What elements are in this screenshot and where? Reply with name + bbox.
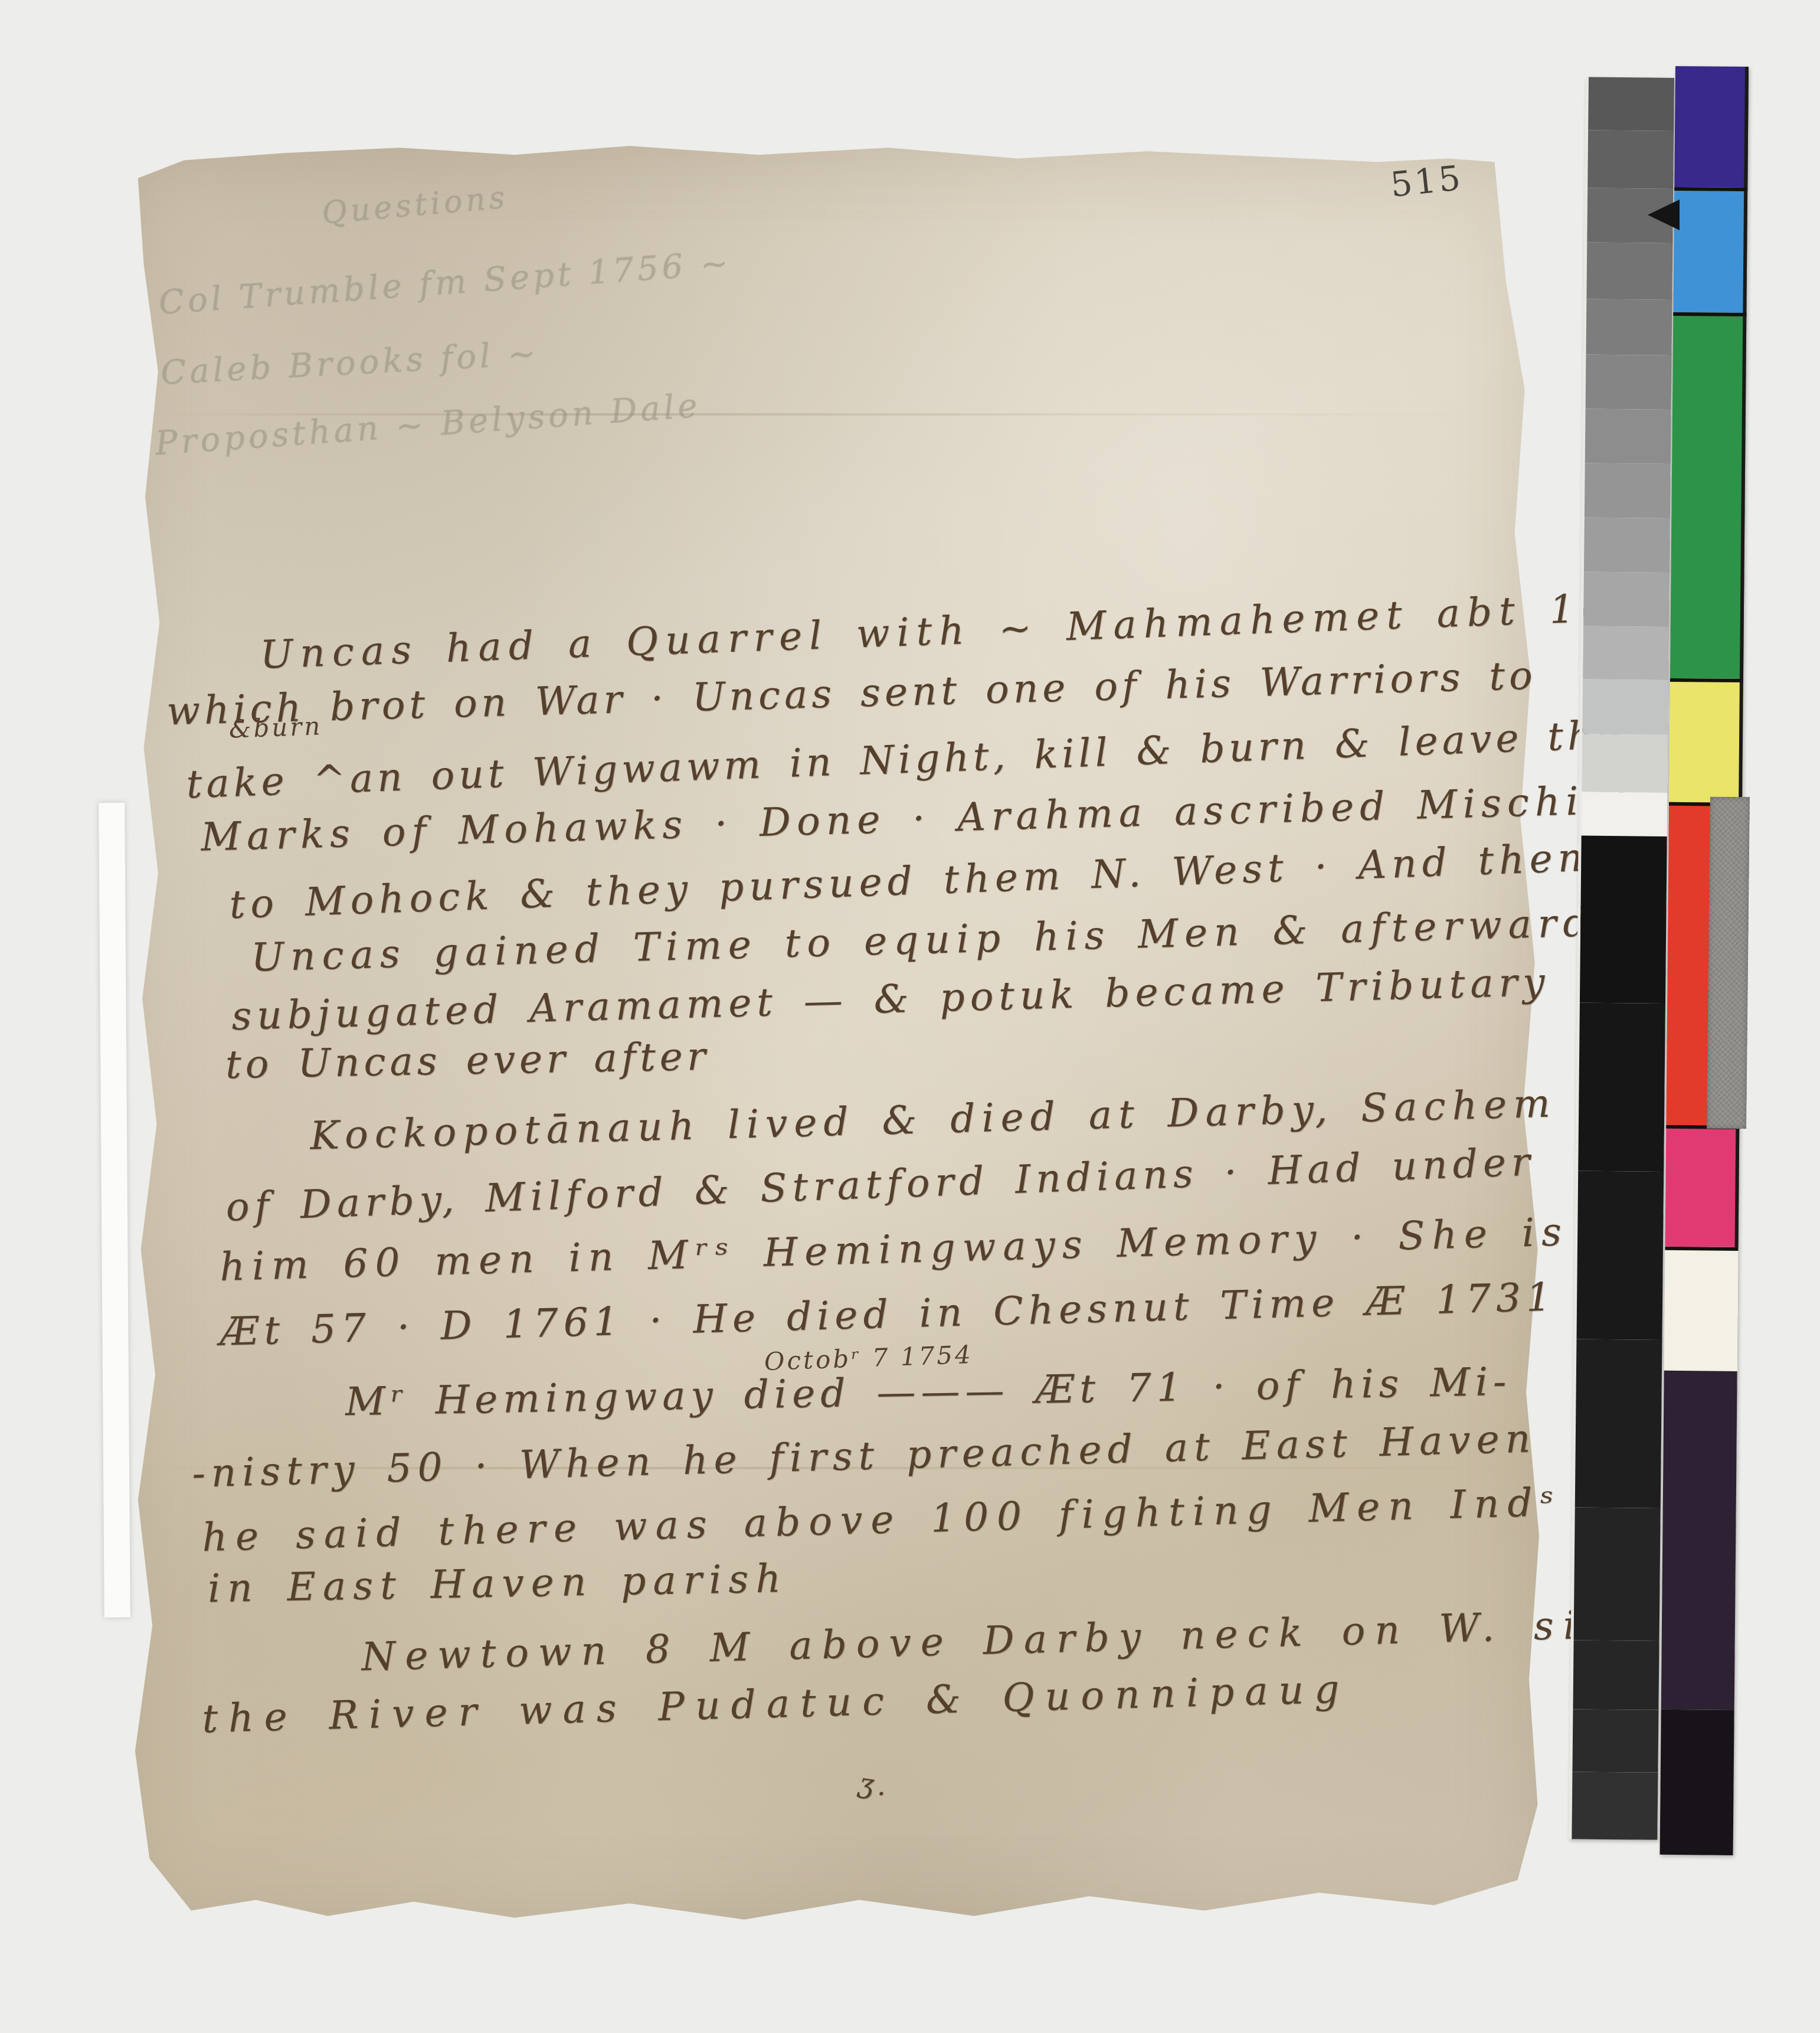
manuscript-line: to Uncas ever after (225, 1037, 709, 1084)
gray-patch (1584, 518, 1670, 573)
gray-patch (1575, 1339, 1662, 1508)
ink-flourish: ʒ. (857, 1769, 892, 1800)
underlying-page-edge (99, 803, 130, 1617)
gray-patch (1585, 463, 1671, 518)
black-diamond-marker (1648, 200, 1680, 230)
gray-patch (1578, 1003, 1665, 1172)
interline-insertion: &burn (228, 714, 323, 742)
scanned-document-page: 515 Questions Col Trumble fm Sept 1756 ~… (0, 0, 1820, 2033)
gray-patch (1582, 734, 1668, 793)
gray-patch (1588, 77, 1674, 131)
page-number: 515 (1389, 161, 1464, 202)
gray-patch (1583, 626, 1669, 680)
gray-patch (1576, 1171, 1664, 1340)
gray-patch (1580, 836, 1667, 1004)
gray-patch (1587, 130, 1674, 189)
gray-patch (1585, 409, 1671, 464)
color-patch (1661, 1371, 1737, 1710)
color-patch (1674, 66, 1749, 188)
color-patch (1669, 678, 1743, 803)
gray-patch (1586, 299, 1672, 355)
grayscale-calibration-strip (1569, 77, 1674, 1840)
gray-patch (1573, 1640, 1659, 1710)
gray-patch (1572, 1771, 1658, 1839)
gray-patch (1586, 355, 1672, 410)
manuscript-line: in East Haven parish (207, 1559, 788, 1608)
gray-felt-swatch (1707, 797, 1750, 1129)
gray-patch (1572, 1709, 1658, 1772)
color-patch (1673, 187, 1747, 313)
color-patch (1670, 312, 1746, 679)
gray-patch (1582, 679, 1668, 735)
color-patch (1660, 1710, 1734, 1855)
gray-patch (1574, 1507, 1661, 1640)
gray-patch (1583, 572, 1670, 627)
gray-patch (1586, 243, 1672, 300)
gray-patch (1582, 792, 1668, 836)
color-patch (1665, 1125, 1740, 1247)
color-patch (1664, 1247, 1739, 1371)
